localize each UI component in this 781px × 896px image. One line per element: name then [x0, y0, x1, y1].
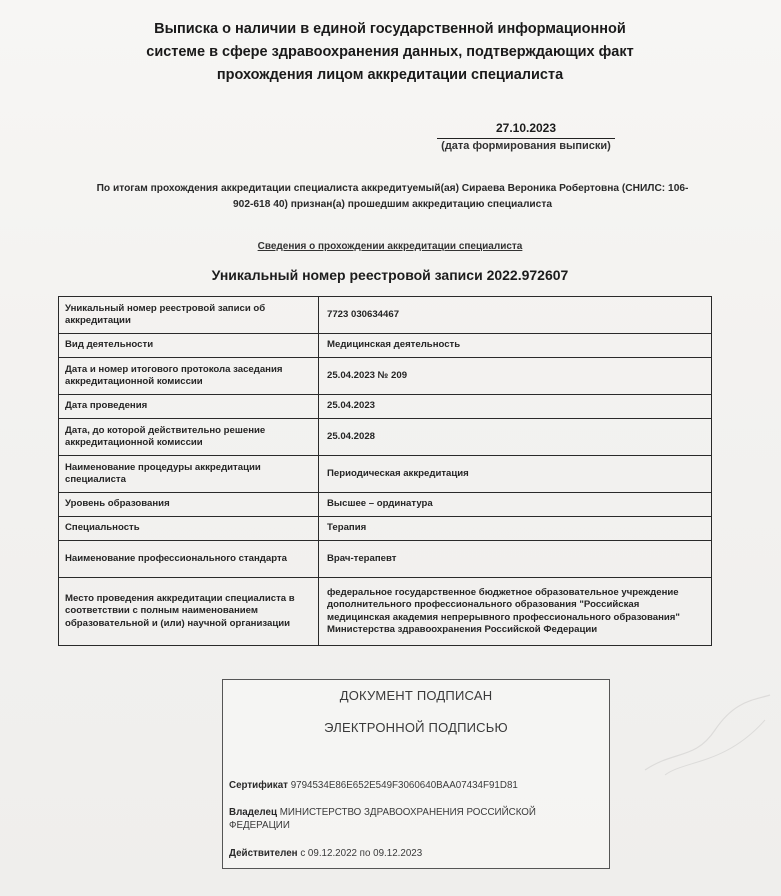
owner-label: Владелец — [229, 807, 277, 818]
pen-scribble-mark — [635, 690, 775, 780]
statement-line-1: По итогам прохождения аккредитации специ… — [50, 181, 735, 197]
certificate-line: Сертификат 9794534E86E652E549F3060640BAA… — [229, 779, 599, 792]
accreditation-statement: По итогам прохождения аккредитации специ… — [50, 181, 735, 213]
row-label: Уровень образования — [59, 493, 319, 517]
certificate-value: 9794534E86E652E549F3060640BAA07434F91D81 — [291, 780, 518, 791]
table-row: Уникальный номер реестровой записи об ак… — [59, 297, 712, 334]
row-value: 25.04.2023 — [319, 395, 712, 419]
table-row: Дата, до которой действительно решение а… — [59, 419, 712, 456]
table-row: Вид деятельности Медицинская деятельност… — [59, 334, 712, 358]
row-label: Дата проведения — [59, 395, 319, 419]
row-value: федеральное государственное бюджетное об… — [319, 578, 712, 646]
validity-value: с 09.12.2022 по 09.12.2023 — [300, 848, 422, 859]
signature-title-line-1: ДОКУМЕНТ ПОДПИСАН — [223, 688, 609, 703]
row-label: Уникальный номер реестровой записи об ак… — [59, 297, 319, 334]
title-line-1: Выписка о наличии в единой государственн… — [120, 18, 660, 41]
row-label: Наименование процедуры аккредитации спец… — [59, 456, 319, 493]
row-value: Врач-терапевт — [319, 541, 712, 578]
accreditation-info-table: Уникальный номер реестровой записи об ак… — [58, 296, 712, 646]
document-title: Выписка о наличии в единой государственн… — [120, 18, 660, 87]
electronic-signature-stamp: ДОКУМЕНТ ПОДПИСАН ЭЛЕКТРОННОЙ ПОДПИСЬЮ С… — [222, 679, 610, 869]
table-row: Уровень образования Высшее – ординатура — [59, 493, 712, 517]
table-row: Наименование профессионального стандарта… — [59, 541, 712, 578]
formation-date-block: 27.10.2023 (дата формирования выписки) — [437, 121, 615, 154]
row-label: Дата, до которой действительно решение а… — [59, 419, 319, 456]
statement-line-2: 902-618 40) признан(а) прошедшим аккреди… — [50, 197, 735, 213]
row-value: Периодическая аккредитация — [319, 456, 712, 493]
owner-line: Владелец МИНИСТЕРСТВО ЗДРАВООХРАНЕНИЯ РО… — [229, 806, 599, 832]
row-value: Высшее – ординатура — [319, 493, 712, 517]
table-row: Дата и номер итогового протокола заседан… — [59, 358, 712, 395]
document-page: Выписка о наличии в единой государственн… — [0, 0, 781, 896]
formation-date-caption: (дата формирования выписки) — [437, 139, 615, 154]
table-row: Место проведения аккредитации специалист… — [59, 578, 712, 646]
row-value: Терапия — [319, 517, 712, 541]
row-label: Наименование профессионального стандарта — [59, 541, 319, 578]
section-heading: Сведения о прохождении аккредитации спец… — [180, 241, 600, 252]
validity-line: Действителен с 09.12.2022 по 09.12.2023 — [229, 847, 599, 860]
signature-title-line-2: ЭЛЕКТРОННОЙ ПОДПИСЬЮ — [223, 720, 609, 735]
row-label: Специальность — [59, 517, 319, 541]
title-line-2: системе в сфере здравоохранения данных, … — [120, 41, 660, 64]
row-label: Вид деятельности — [59, 334, 319, 358]
row-value: Медицинская деятельность — [319, 334, 712, 358]
validity-label: Действителен — [229, 848, 298, 859]
row-value: 7723 030634467 — [319, 297, 712, 334]
row-value: 25.04.2023 № 209 — [319, 358, 712, 395]
row-value: 25.04.2028 — [319, 419, 712, 456]
table-row: Дата проведения 25.04.2023 — [59, 395, 712, 419]
certificate-label: Сертификат — [229, 780, 288, 791]
table-row: Специальность Терапия — [59, 517, 712, 541]
table-row: Наименование процедуры аккредитации спец… — [59, 456, 712, 493]
row-label: Место проведения аккредитации специалист… — [59, 578, 319, 646]
row-label: Дата и номер итогового протокола заседан… — [59, 358, 319, 395]
registry-number-heading: Уникальный номер реестровой записи 2022.… — [130, 267, 650, 283]
title-line-3: прохождения лицом аккредитации специалис… — [120, 64, 660, 87]
formation-date: 27.10.2023 — [437, 121, 615, 139]
